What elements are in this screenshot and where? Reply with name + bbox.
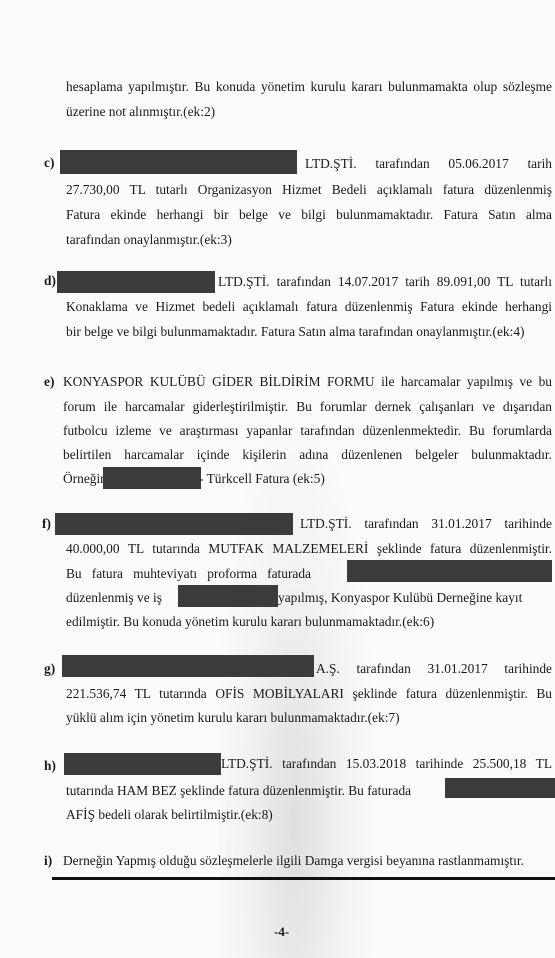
item-h-line-1: LTD.ŞTİ. tarafından 15.03.2018 tarihinde… <box>221 756 552 772</box>
item-d-line-3: bir belge ve bilgi bulunmamaktadır. Fatu… <box>66 324 525 340</box>
intro-line-2: üzerine not alınmıştır.(ek:2) <box>66 104 215 120</box>
redaction-box <box>55 513 293 535</box>
item-c-line-4: tarafından onaylanmıştır.(ek:3) <box>66 232 232 248</box>
item-f-line-4a: düzenlenmiş ve iş <box>66 590 162 606</box>
item-f-line-1: LTD.ŞTİ. tarafından 31.01.2017 tarihinde <box>300 516 552 532</box>
horizontal-rule <box>52 877 555 880</box>
redaction-box <box>445 778 555 798</box>
item-e-line-1: KONYASPOR KULÜBÜ GİDER BİLDİRİM FORMU il… <box>63 374 552 390</box>
item-c-line-1: LTD.ŞTİ. tarafından 05.06.2017 tarih <box>305 156 552 172</box>
item-e-line-4: belirtilen harcamalar içinde kişilerin a… <box>63 447 552 463</box>
redaction-box <box>60 150 297 174</box>
item-f-line-2: 40.000,00 TL tutarında MUTFAK MALZEMELER… <box>66 541 552 557</box>
item-f-line-4b: yapılmış, Konyaspor Kulübü Derneğine kay… <box>278 590 522 606</box>
item-d-line-1: LTD.ŞTİ. tarafından 14.07.2017 tarih 89.… <box>218 274 552 290</box>
item-c-line-3: Fatura ekinde herhangi bir belge ve bilg… <box>66 207 552 223</box>
page-number: -4- <box>274 924 289 940</box>
item-label-c: c) <box>44 155 54 171</box>
item-label-i: i) <box>44 853 52 869</box>
item-e-line-5a: Örneğin <box>63 471 107 487</box>
item-e-line-5b: - Türkcell Fatura (ek:5) <box>199 471 325 487</box>
intro-line-1: hesaplama yapılmıştır. Bu konuda yönetim… <box>66 79 552 95</box>
item-label-g: g) <box>44 661 55 677</box>
item-g-line-3: yüklü alım için yönetim kurulu kararı bu… <box>66 710 400 726</box>
item-f-line-3: Bu fatura muhteviyatı proforma faturada <box>66 566 311 582</box>
item-label-d: d) <box>44 273 56 289</box>
item-g-line-2: 221.536,74 TL tutarında OFİS MOBİLYALARI… <box>66 686 552 702</box>
redaction-box <box>347 560 552 582</box>
item-d-line-2: Konaklama ve Hizmet bedeli açıklamalı fa… <box>66 299 552 315</box>
item-e-line-2: forum ile harcamalar giderleştirilmiştir… <box>63 399 552 415</box>
item-c-line-2: 27.730,00 TL tutarlı Organizasyon Hizmet… <box>66 182 552 198</box>
item-e-line-3: futbolcu izleme ve araştırması yapanlar … <box>63 423 552 439</box>
item-h-line-3: AFİŞ bedeli olarak belirtilmiştir.(ek:8) <box>66 807 273 823</box>
item-label-e: e) <box>44 374 54 390</box>
redaction-box <box>103 467 201 489</box>
redaction-box <box>62 655 314 677</box>
redaction-box <box>57 271 215 293</box>
item-f-line-5: edilmiştir. Bu konuda yönetim kurulu kar… <box>66 614 434 630</box>
item-label-h: h) <box>44 758 56 774</box>
item-i-line-1: Derneğin Yapmış olduğu sözleşmelerle ilg… <box>63 853 524 869</box>
redaction-box <box>178 585 278 607</box>
item-h-line-2: tutarında HAM BEZ şeklinde fatura düzenl… <box>66 783 411 799</box>
item-label-f: f) <box>42 516 51 532</box>
item-g-line-1: A.Ş. tarafından 31.01.2017 tarihinde <box>316 661 552 677</box>
redaction-box <box>64 753 221 775</box>
